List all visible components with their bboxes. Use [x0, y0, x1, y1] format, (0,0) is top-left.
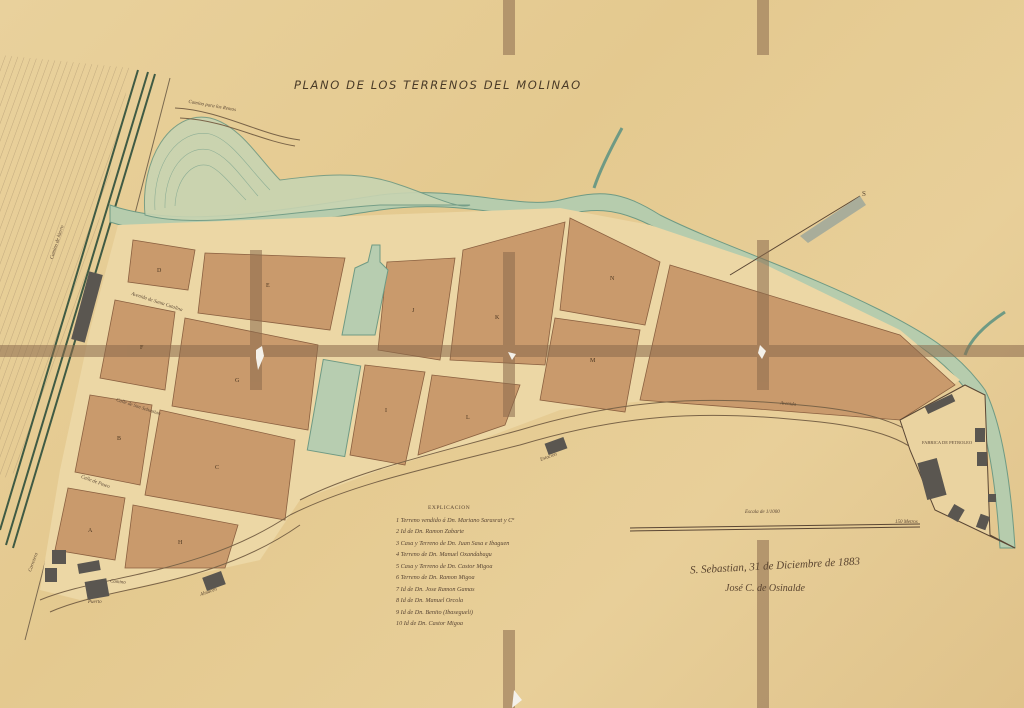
signature-name: José C. de Osinalde: [725, 583, 805, 594]
legend-item: 9 Id de Dn. Benito (Ibasegueli): [396, 607, 546, 619]
lot-label: B: [117, 436, 121, 442]
legend-item: 10 Id de Dn. Castor Migoa: [396, 618, 546, 630]
legend-item: 1 Terreno vendido á Dn. Mariano Sarasrat…: [396, 515, 546, 527]
lot-label: C: [215, 465, 219, 471]
legend-item: 5 Casa y Terreno de Dn. Castor Migoa: [396, 561, 546, 573]
legend-item: 2 Id de Dn. Ramon Zabarte: [396, 526, 546, 538]
place-label-ferry: Puerto: [88, 600, 102, 605]
legend-item: 7 Id de Dn. Jose Ramon Gamas: [396, 584, 546, 596]
north-arrow-label: S: [862, 190, 866, 198]
legend-item: 6 Terreno de Dn. Ramon Migoa: [396, 572, 546, 584]
legend-heading: EXPLICACION: [428, 503, 546, 515]
factory-label: FABRICA DE PETROLEO: [922, 440, 972, 445]
legend-item: 3 Casa y Terreno de Dn. Juan Sasa e Ibag…: [396, 538, 546, 550]
legend-item: 8 Id de Dn. Manuel Orcola: [396, 595, 546, 607]
lot-label: I: [385, 408, 387, 414]
lot-label: K: [495, 315, 499, 321]
legend-item: 4 Terreno de Dn. Manuel Oxandabagu: [396, 549, 546, 561]
lot-label: J: [412, 308, 414, 314]
scale-label: Escala de 1/1000: [745, 510, 780, 515]
lot-label: E: [266, 283, 270, 289]
historic-map: PLANO DE LOS TERRENOS DEL MOLINAO Camino…: [0, 0, 1024, 708]
lot-label: N: [610, 276, 614, 282]
map-title: PLANO DE LOS TERRENOS DEL MOLINAO: [294, 78, 582, 92]
lot-label: M: [590, 358, 595, 364]
scale-bar: [630, 524, 920, 531]
legend: EXPLICACION 1 Terreno vendido á Dn. Mari…: [396, 503, 546, 630]
north-arrow: [730, 196, 866, 275]
lot-label: L: [466, 415, 470, 421]
scale-end-label: 150 Metros: [895, 520, 918, 525]
lot-label: D: [157, 268, 161, 274]
lot-label: H: [178, 540, 182, 546]
lot-label: A: [88, 528, 92, 534]
hill-contours-north: [144, 117, 470, 220]
lot-label: F: [140, 345, 143, 351]
lot-label: G: [235, 378, 239, 384]
